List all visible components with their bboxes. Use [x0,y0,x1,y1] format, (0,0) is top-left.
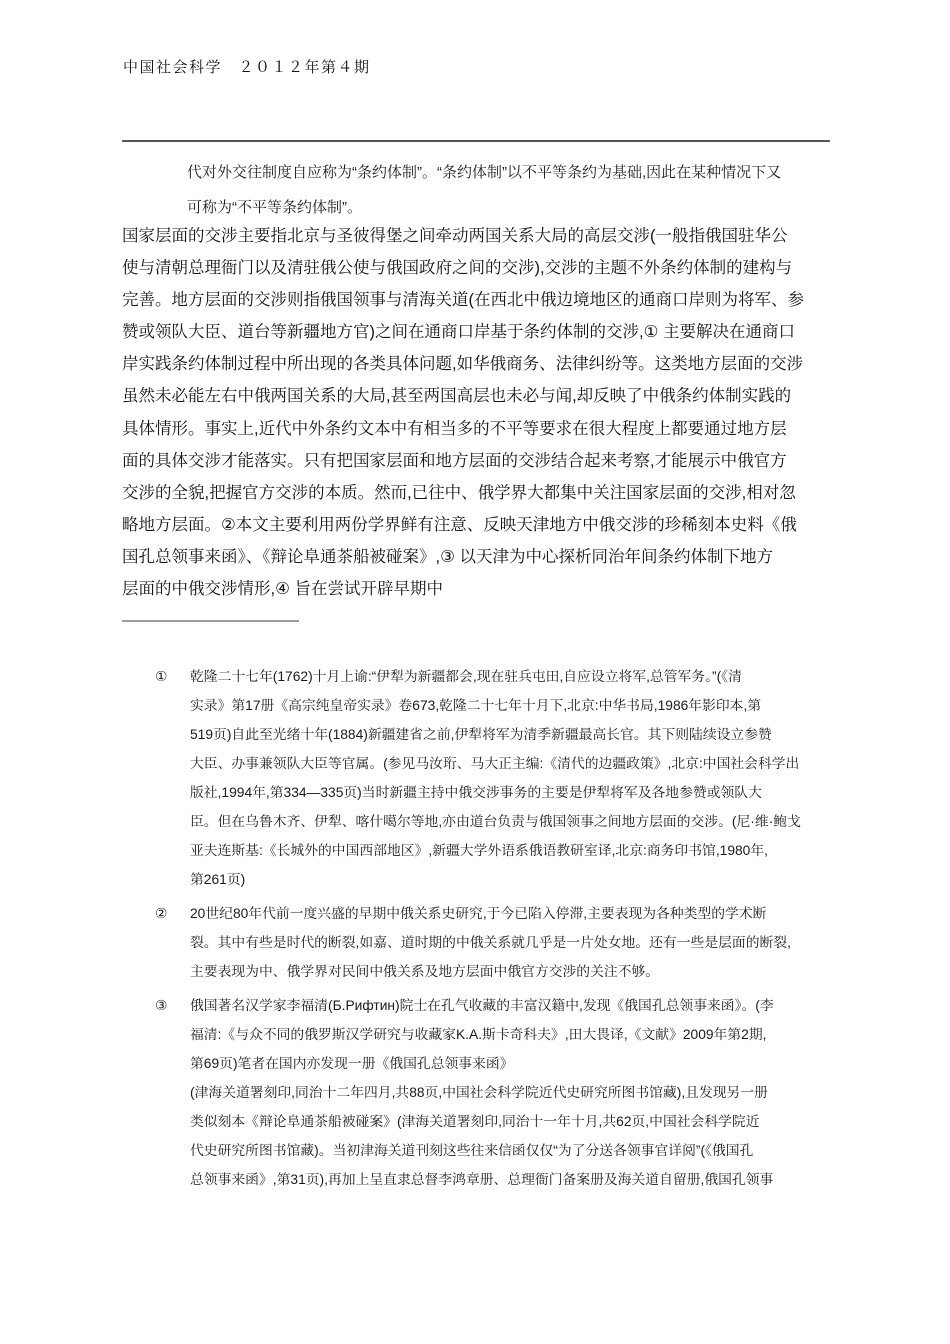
footnote-line: 实录》第17册《高宗纯皇帝实录》卷673,乾隆二十七年十月下,北京:中华书局,1… [190,691,847,720]
footnote-line: 第69页)笔者在国内亦发现一册《俄国孔总领事来函》 [190,1049,847,1078]
carryover-footnote-text: 代对外交往制度自应称为“条约体制”。“条约体制”以不平等条约为基础,因此在某种情… [187,155,837,225]
footnote-line: 俄国著名汉学家李福清(Б.Рифтин)院士在孔气收藏的丰富汉籍中,发现《俄国孔… [190,991,847,1020]
footnote-line: 第261页) [190,865,847,894]
body-line: 国家层面的交涉主要指北京与圣彼得堡之间牵动两国关系大局的高层交涉(一般指俄国驻华… [122,220,838,252]
footnote-item: ①乾隆二十七年(1762)十月上谕:“伊犁为新疆都会,现在驻兵屯田,自应设立将军… [155,662,847,894]
body-line: 具体情形。事实上,近代中外条约文本中有相当多的不平等要求在很大程度上都要通过地方… [122,413,838,445]
footnote-text: 乾隆二十七年(1762)十月上谕:“伊犁为新疆都会,现在驻兵屯田,自应设立将军,… [190,662,847,894]
footnote-line: 519页)自此至光绪十年(1884)新疆建省之前,伊犁将军为清季新疆最高长官。其… [190,720,847,749]
footnote-line: 福清:《与众不同的俄罗斯汉学研究与收藏家K.A.斯卡奇科夫》,田大畏译,《文献》… [190,1020,847,1049]
footnote-item: ③俄国著名汉学家李福清(Б.Рифтин)院士在孔气收藏的丰富汉籍中,发现《俄国… [155,991,847,1194]
body-line: 完善。地方层面的交涉则指俄国领事与清海关道(在西北中俄边境地区的通商口岸则为将军… [122,284,838,316]
footnote-text: 俄国著名汉学家李福清(Б.Рифтин)院士在孔气收藏的丰富汉籍中,发现《俄国孔… [190,991,847,1194]
footnote-marker: ③ [155,991,190,1020]
body-line: 交涉的全貌,把握官方交涉的本质。然而,已往中、俄学界大都集中关注国家层面的交涉,… [122,477,838,509]
footnote-line: 臣。但在乌鲁木齐、伊犁、喀什噶尔等地,亦由道台负责与俄国领事之间地方层面的交涉。… [190,807,847,836]
footnote-line: 20世纪80年代前一度兴盛的早期中俄关系史研究,于今已陷入停滞,主要表现为各种类… [190,899,847,928]
footnote-text: 20世纪80年代前一度兴盛的早期中俄关系史研究,于今已陷入停滞,主要表现为各种类… [190,899,847,986]
body-line: 赞或领队大臣、道台等新疆地方官)之间在通商口岸基于条约体制的交涉,① 主要解决在… [122,316,838,348]
header-divider-rule [122,140,830,142]
body-line: 使与清朝总理衙门以及清驻俄公使与俄国政府之间的交涉),交涉的主题不外条约体制的建… [122,252,838,284]
body-line: 层面的中俄交涉情形,④ 旨在尝试开辟早期中 [122,573,838,605]
body-line: 略地方层面。②本文主要利用两份学界鲜有注意、反映天津地方中俄交涉的珍稀刻本史料《… [122,509,838,541]
footnotes-section: ①乾隆二十七年(1762)十月上谕:“伊犁为新疆都会,现在驻兵屯田,自应设立将军… [155,662,847,1199]
footnote-line: 类似刻本《辩论阜通茶船被碰案》(津海关道署刻印,同治十一年十月,共62页,中国社… [190,1107,847,1136]
footnote-line: 总领事来函》,第31页),再加上呈直隶总督李鸿章册、总理衙门备案册及海关道自留册… [190,1165,847,1194]
footnote-marker: ① [155,662,190,691]
footnote-marker: ② [155,899,190,928]
footnote-line: 代史研究所图书馆藏)。当初津海关道刊刻这些往来信函仅仅“为了分送各领事官详阅”(… [190,1136,847,1165]
footnote-line: 主要表现为中、俄学界对民间中俄关系及地方层面中俄官方交涉的关注不够。 [190,957,847,986]
footnote-separator-rule [122,620,299,622]
body-line: 岸实践条约体制过程中所出现的各类具体问题,如华俄商务、法律纠纷等。这类地方层面的… [122,348,838,380]
body-line: 国孔总领事来函》、《辩论阜通茶船被碰案》,③ 以天津为中心探析同治年间条约体制下… [122,541,838,573]
body-line: 虽然未必能左右中俄两国关系的大局,甚至两国高层也未必与闻,却反映了中俄条约体制实… [122,380,838,412]
footnote-line: 裂。其中有些是时代的断裂,如嘉、道时期的中俄关系就几乎是一片处女地。还有一些是层… [190,928,847,957]
body-line: 面的具体交涉才能落实。只有把国家层面和地方层面的交涉结合起来考察,才能展示中俄官… [122,445,838,477]
footnote-line: 亚夫连斯基:《长城外的中国西部地区》,新疆大学外语系俄语教研室译,北京:商务印书… [190,836,847,865]
journal-page: 中国社会科学 ２０１２年第４期 代对外交往制度自应称为“条约体制”。“条约体制”… [0,0,950,1344]
footnote-line: 版社,1994年,第334—335页)当时新疆主持中俄交涉事务的主要是伊犁将军及… [190,778,847,807]
footnote-line: (津海关道署刻印,同治十二年四月,共88页,中国社会科学院近代史研究所图书馆藏)… [190,1078,847,1107]
quote-line: 代对外交往制度自应称为“条约体制”。“条约体制”以不平等条约为基础,因此在某种情… [187,155,837,190]
footnote-line: 大臣、办事兼领队大臣等官属。(参见马汝珩、马大正主编:《清代的边疆政策》,北京:… [190,749,847,778]
footnote-line: 乾隆二十七年(1762)十月上谕:“伊犁为新疆都会,现在驻兵屯田,自应设立将军,… [190,662,847,691]
journal-header: 中国社会科学 ２０１２年第４期 [123,56,371,77]
body-paragraph: 国家层面的交涉主要指北京与圣彼得堡之间牵动两国关系大局的高层交涉(一般指俄国驻华… [122,220,838,605]
footnote-item: ②20世纪80年代前一度兴盛的早期中俄关系史研究,于今已陷入停滞,主要表现为各种… [155,899,847,986]
